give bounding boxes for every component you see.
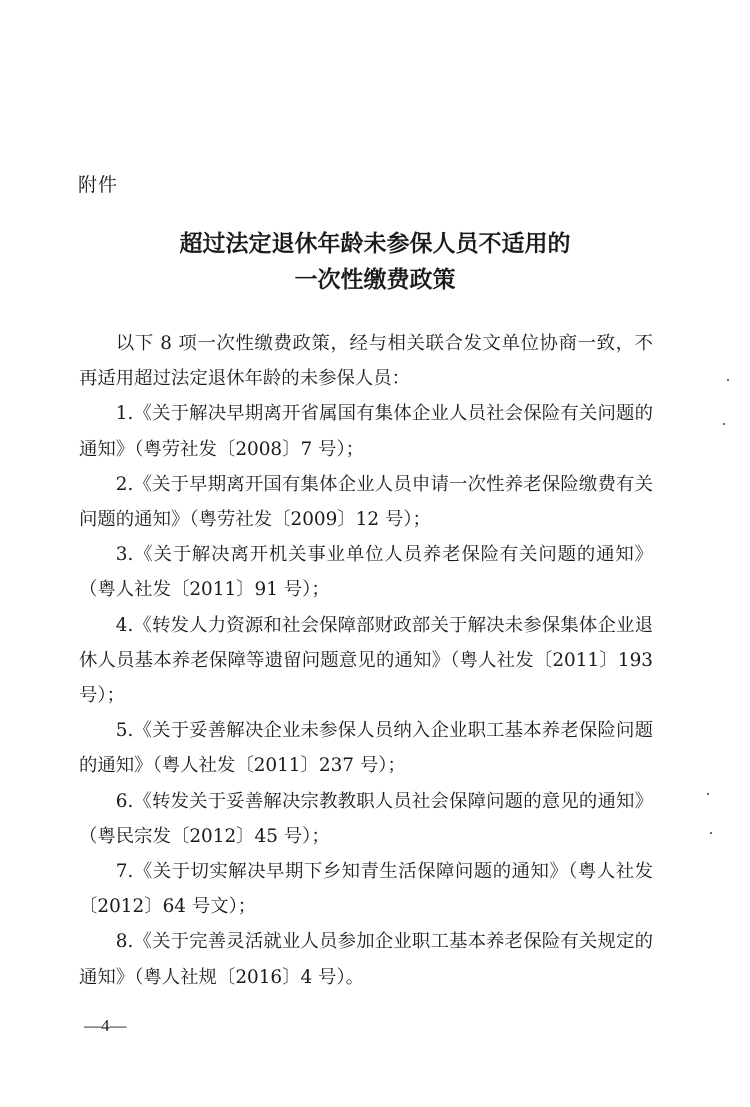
page-number: —4— [84,1016,127,1036]
title-line-1: 超过法定退休年龄未参保人员不适用的 [0,226,750,262]
policy-item-8: 8.《关于完善灵活就业人员参加企业职工基本养老保险有关规定的通知》（粤人社规〔2… [79,924,653,994]
policy-item-6: 6.《转发关于妥善解决宗教教职人员社会保障问题的意见的通知》（粤民宗发〔2012… [79,784,653,854]
policy-item-1: 1.《关于解决早期离开省属国有集体企业人员社会保险有关问题的通知》（粤劳社发〔2… [79,396,653,466]
policy-item-4: 4.《转发人力资源和社会保障部财政部关于解决未参保集体企业退休人员基本养老保障等… [79,608,653,714]
policy-item-2: 2.《关于早期离开国有集体企业人员申请一次性养老保险缴费有关问题的通知》（粤劳社… [79,467,653,537]
scan-speck [710,832,712,834]
intro-paragraph: 以下 8 项一次性缴费政策，经与相关联合发文单位协商一致，不再适用超过法定退休年… [79,326,653,396]
policy-item-5: 5.《关于妥善解决企业未参保人员纳入企业职工基本养老保险问题的通知》（粤人社发〔… [79,713,653,783]
attachment-label: 附件 [78,170,118,197]
document-page: 附件 超过法定退休年龄未参保人员不适用的 一次性缴费政策 以下 8 项一次性缴费… [0,0,750,1107]
document-body: 以下 8 项一次性缴费政策，经与相关联合发文单位协商一致，不再适用超过法定退休年… [79,326,653,995]
scan-speck [707,793,709,795]
title-line-2: 一次性缴费政策 [0,262,750,298]
scan-speck [727,379,729,381]
scan-speck [723,423,725,425]
policy-item-3: 3.《关于解决离开机关事业单位人员养老保险有关问题的通知》（粤人社发〔2011〕… [79,537,653,607]
document-title: 超过法定退休年龄未参保人员不适用的 一次性缴费政策 [0,226,750,298]
policy-item-7: 7.《关于切实解决早期下乡知青生活保障问题的通知》（粤人社发〔2012〕64 号… [79,854,653,924]
